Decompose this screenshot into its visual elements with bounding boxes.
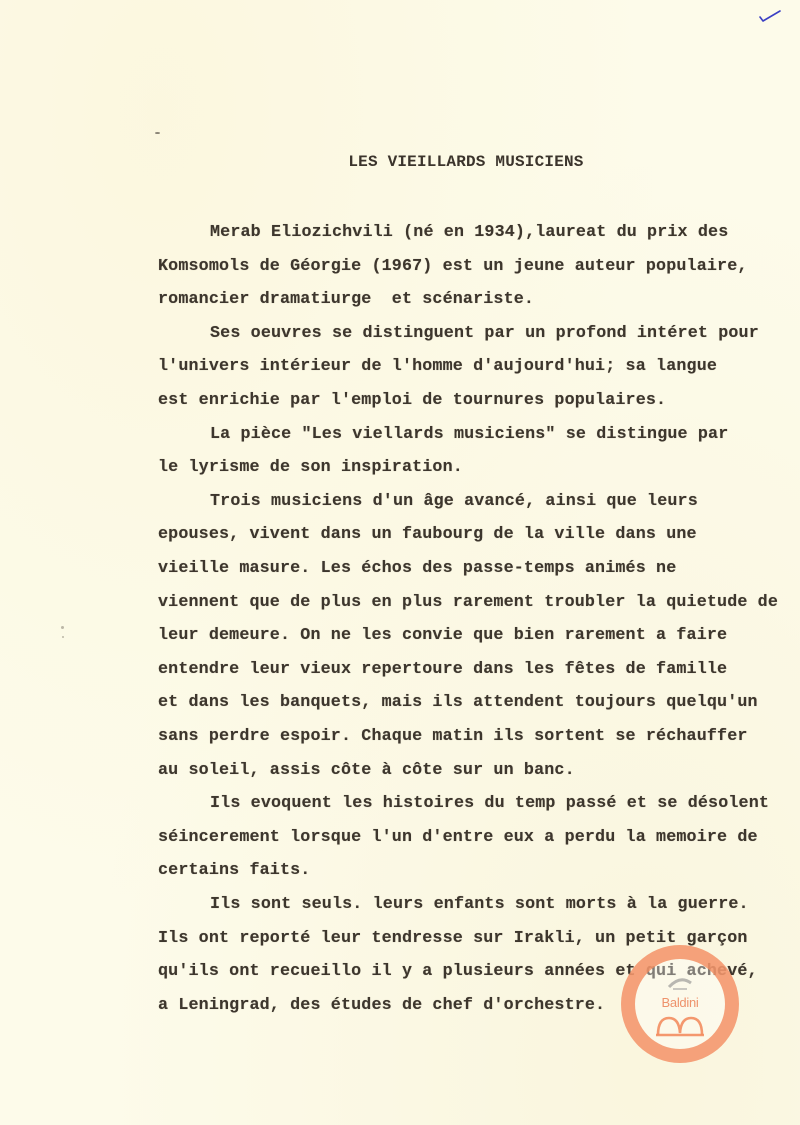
ink-speck bbox=[155, 132, 160, 134]
document-title: LES VIEILLARDS MUSICIENS bbox=[0, 153, 800, 171]
text-line: vieille masure. Les échos des passe-temp… bbox=[158, 559, 676, 579]
text-line: Ils sont seuls. leurs enfants sont morts… bbox=[210, 895, 749, 915]
text-line: Komsomols de Géorgie (1967) est un jeune… bbox=[158, 257, 748, 277]
text-line: Ils evoquent les histoires du temp passé… bbox=[210, 794, 769, 814]
text-line: La pièce "Les viellards musiciens" se di… bbox=[210, 425, 728, 445]
text-line: entendre leur vieux repertoure dans les … bbox=[158, 660, 727, 680]
ink-speck bbox=[61, 626, 64, 629]
text-line: est enrichie par l'emploi de tournures p… bbox=[158, 391, 666, 411]
library-stamp: Baldini bbox=[621, 945, 739, 1063]
text-line: le lyrisme de son inspiration. bbox=[158, 458, 463, 478]
text-line: leur demeure. On ne les convie que bien … bbox=[158, 626, 727, 646]
text-line: Merab Eliozichvili (né en 1934),laureat … bbox=[210, 223, 728, 243]
stamp-label: Baldini bbox=[635, 995, 725, 1010]
text-line: epouses, vivent dans un faubourg de la v… bbox=[158, 525, 697, 545]
text-line: au soleil, assis côte à côte sur un banc… bbox=[158, 761, 575, 781]
text-line: viennent que de plus en plus rarement tr… bbox=[158, 593, 778, 613]
text-line: Ses oeuvres se distinguent par un profon… bbox=[210, 324, 759, 344]
document-page: LES VIEILLARDS MUSICIENS Merab Eliozichv… bbox=[0, 0, 800, 1125]
ink-speck bbox=[62, 636, 64, 638]
check-mark-icon bbox=[758, 8, 782, 24]
text-line: l'univers intérieur de l'homme d'aujourd… bbox=[158, 357, 717, 377]
book-logo-icon bbox=[655, 1015, 705, 1037]
stamp-decoration-icon bbox=[665, 973, 695, 991]
text-line: sans perdre espoir. Chaque matin ils sor… bbox=[158, 727, 748, 747]
text-line: Trois musiciens d'un âge avancé, ainsi q… bbox=[210, 492, 698, 512]
text-line: certains faits. bbox=[158, 861, 310, 881]
text-line: et dans les banquets, mais ils attendent… bbox=[158, 693, 758, 713]
text-line: a Leningrad, des études de chef d'orches… bbox=[158, 996, 605, 1016]
text-line: Ils ont reporté leur tendresse sur Irakl… bbox=[158, 929, 748, 949]
text-line: séincerement lorsque l'un d'entre eux a … bbox=[158, 828, 758, 848]
text-line: romancier dramatiurge et scénariste. bbox=[158, 290, 534, 310]
